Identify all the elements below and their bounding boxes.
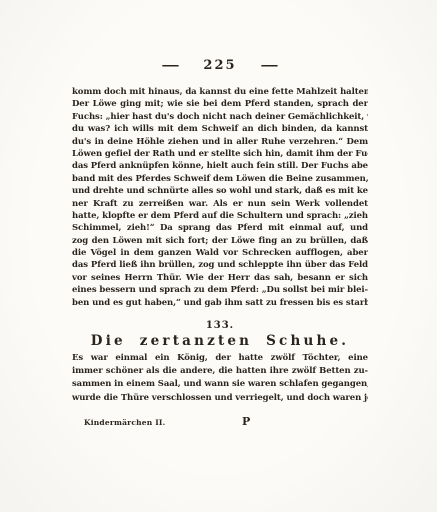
text-line: band mit des Pferdes Schweif dem Löwen d…	[72, 173, 368, 185]
text-line: Fuchs: „hier hast du's doch nicht nach d…	[72, 111, 368, 123]
footer-volume-label: Kindermärchen II.	[84, 418, 165, 427]
text-line: komm doch mit hinaus, da kannst du eine …	[72, 86, 368, 98]
story-begin-paragraph: Es war einmal ein König, der hatte zwölf…	[72, 352, 368, 405]
header-dash-left: —	[162, 58, 180, 73]
text-line: das Pferd ließ ihn brüllen, zog und schl…	[72, 259, 368, 271]
text-line: Es war einmal ein König, der hatte zwölf…	[72, 352, 368, 365]
page-number: 225	[203, 58, 236, 73]
text-line: du's in deine Höhle ziehen und in aller …	[72, 136, 368, 148]
story-title: Die zertanzten Schuhe.	[72, 333, 368, 349]
text-line: hatte, klopfte er dem Pferd auf die Schu…	[72, 210, 368, 222]
text-line: ner Kraft zu zerreißen war. Als er nun s…	[72, 198, 368, 210]
page-header: — 225 —	[72, 58, 368, 73]
text-line: Löwen gefiel der Rath und er stellte sic…	[72, 148, 368, 160]
text-line: sammen in einem Saal, und wann sie waren…	[72, 378, 368, 391]
text-line: wurde die Thüre verschlossen und verrieg…	[72, 392, 368, 405]
text-line: und drehte und schnürte alles so wohl un…	[72, 185, 368, 197]
text-line: zog den Löwen mit sich fort; der Löwe fi…	[72, 235, 368, 247]
section-number: 133.	[72, 320, 368, 331]
book-page-scan: — 225 — komm doch mit hinaus, da kannst …	[0, 0, 437, 512]
text-line: ben und es gut haben,“ und gab ihm satt …	[72, 297, 368, 309]
text-line: das Pferd anknüpfen könne, hielt auch fe…	[72, 160, 368, 172]
text-line: immer schöner als die andere, die hatten…	[72, 365, 368, 378]
text-line: vor seines Herrn Thür. Wie der Herr das …	[72, 272, 368, 284]
text-line: du was? ich wills mit dem Schweif an dic…	[72, 123, 368, 135]
story-end-paragraph: komm doch mit hinaus, da kannst du eine …	[72, 86, 368, 309]
text-line: eines bessern und sprach zu dem Pferd: „…	[72, 284, 368, 296]
text-line: Der Löwe ging mit; wie sie bei dem Pferd…	[72, 98, 368, 110]
text-line: Schimmel, zieh!“ Da sprang das Pferd mit…	[72, 222, 368, 234]
footer-signature-mark: P	[242, 415, 250, 428]
header-dash-right: —	[260, 58, 278, 73]
text-line: die Vögel in dem ganzen Wald vor Schreck…	[72, 247, 368, 259]
page-footer: Kindermärchen II. P	[72, 415, 368, 429]
